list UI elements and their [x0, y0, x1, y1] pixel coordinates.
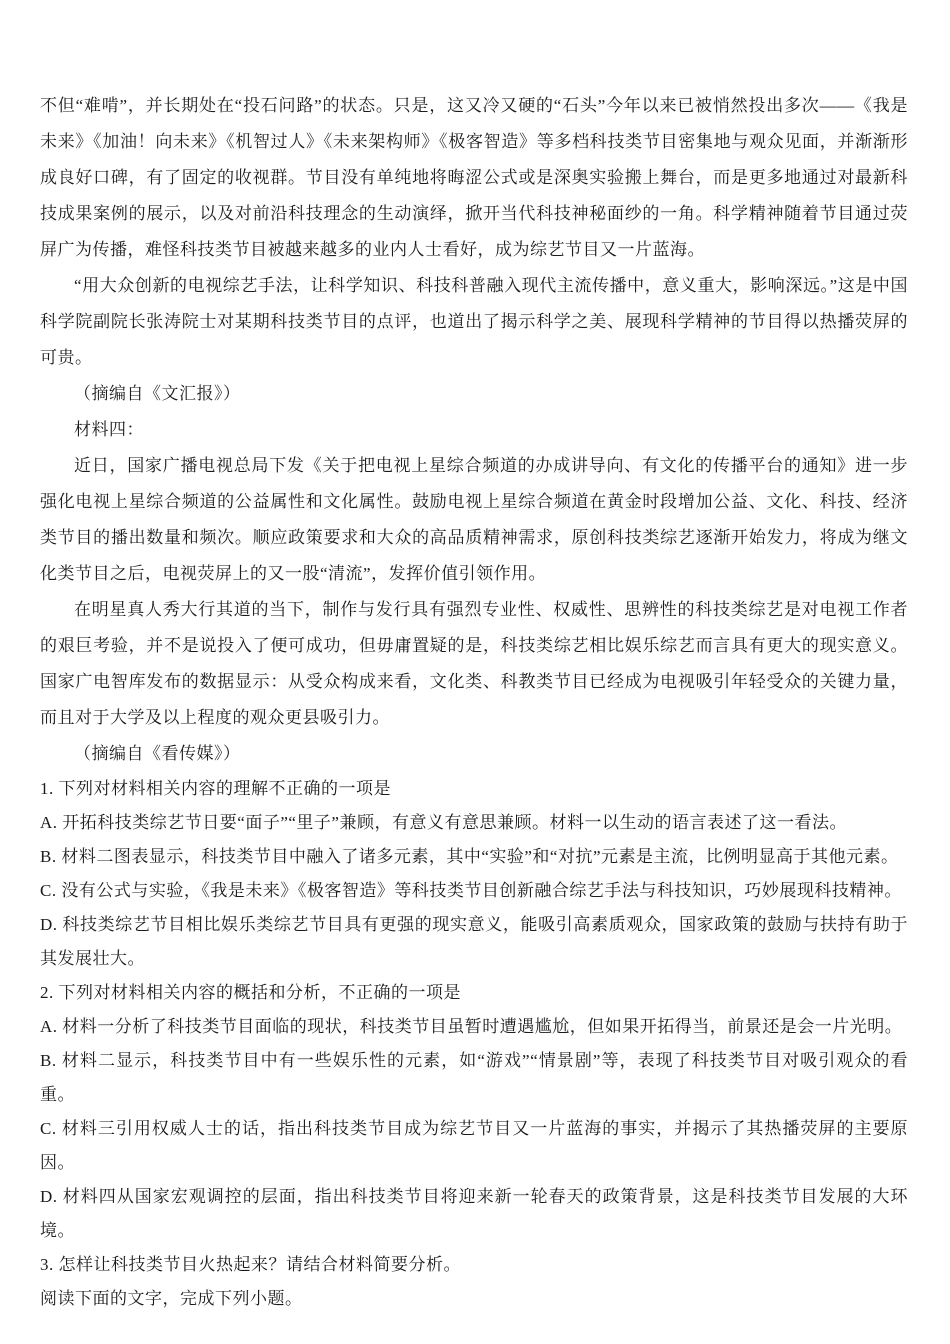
material-three-source-note: （摘编自《文汇报》）	[40, 376, 908, 412]
material-paragraph-quote: “用大众创新的电视综艺手法，让科学知识、科技科普融入现代主流传播中，意义重大，影…	[40, 268, 908, 376]
question-1-option-d: D. 科技类综艺节目相比娱乐类综艺节目具有更强的现实意义，能吸引高素质观众，国家…	[40, 908, 908, 976]
next-passage-instruction: 阅读下面的文字，完成下列小题。	[40, 1282, 908, 1316]
question-1-option-b: B. 材料二图表显示，科技类节目中融入了诸多元素，其中“实验”和“对抗”元素是主…	[40, 840, 908, 874]
question-1-option-c: C. 没有公式与实验，《我是未来》《极客智造》等科技类节目创新融合综艺手法与科技…	[40, 874, 908, 908]
material-four-heading: 材料四：	[40, 412, 908, 448]
reading-materials-section: 不但“难啃”，并长期处在“投石问路”的状态。只是，这又冷又硬的“石头”今年以来已…	[40, 88, 908, 772]
question-2-stem: 2. 下列对材料相关内容的概括和分析，不正确的一项是	[40, 976, 908, 1010]
exam-page: 不但“难啃”，并长期处在“投石问路”的状态。只是，这又冷又硬的“石头”今年以来已…	[0, 0, 950, 1344]
question-2-option-d: D. 材料四从国家宏观调控的层面，指出科技类节目将迎来新一轮春天的政策背景，这是…	[40, 1180, 908, 1248]
question-2-option-a: A. 材料一分析了科技类节目面临的现状，科技类节目虽暂时遭遇尴尬，但如果开拓得当…	[40, 1010, 908, 1044]
question-1-stem: 1. 下列对材料相关内容的理解不正确的一项是	[40, 772, 908, 806]
question-1-option-a: A. 开拓科技类综艺节日要“面子”“里子”兼顾，有意义有意思兼顾。材料一以生动的…	[40, 806, 908, 840]
question-3-stem: 3. 怎样让科技类节目火热起来？请结合材料简要分析。	[40, 1248, 908, 1282]
material-four-paragraph-policy: 近日，国家广播电视总局下发《关于把电视上星综合频道的办成讲导向、有文化的传播平台…	[40, 448, 908, 592]
question-2-option-c: C. 材料三引用权威人士的话，指出科技类节目成为综艺节目又一片蓝海的事实，并揭示…	[40, 1112, 908, 1180]
material-four-source-note: （摘编自《看传媒》）	[40, 736, 908, 772]
question-2-option-b: B. 材料二显示，科技类节目中有一些娱乐性的元素，如“游戏”“情景剧”等，表现了…	[40, 1044, 908, 1112]
material-paragraph-continuation: 不但“难啃”，并长期处在“投石问路”的状态。只是，这又冷又硬的“石头”今年以来已…	[40, 88, 908, 268]
questions-section: 1. 下列对材料相关内容的理解不正确的一项是 A. 开拓科技类综艺节日要“面子”…	[40, 772, 908, 1316]
material-four-paragraph-analysis: 在明星真人秀大行其道的当下，制作与发行具有强烈专业性、权威性、思辨性的科技类综艺…	[40, 592, 908, 736]
